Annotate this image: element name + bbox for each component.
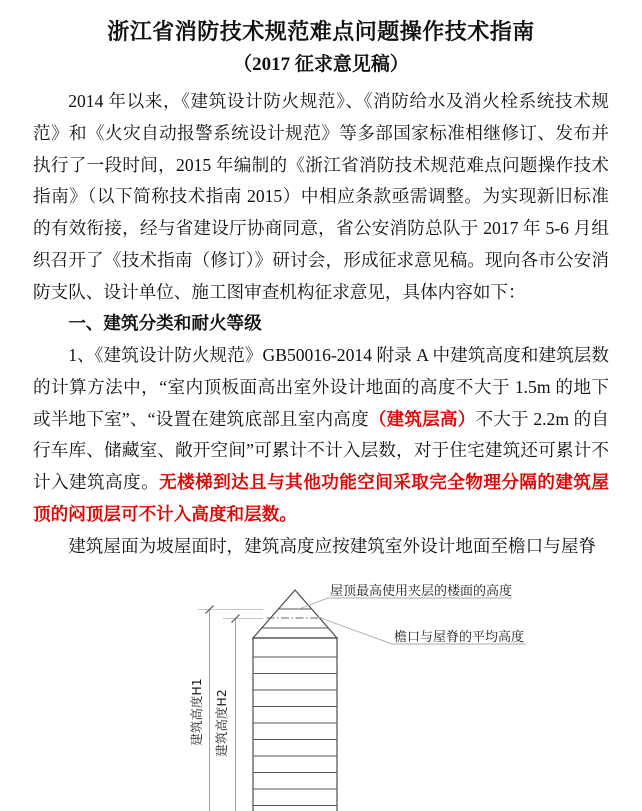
h1-label: 建筑高度H1 [189,678,204,745]
building-height-diagram: 建筑高度H1 建筑高度H2 屋顶最高使用夹层的楼面的高度 檐口与屋脊的平均高度 [0,571,642,811]
building-elevation [253,590,337,811]
h2-label: 建筑高度H2 [214,689,229,756]
roof-triangle [253,590,337,638]
mezzanine-leader-line [299,598,512,609]
callout-eave-ridge-average: 檐口与屋脊的平均高度 [318,617,526,645]
document-subtitle: （2017 征求意见稿） [0,50,642,80]
dimension-h2: 建筑高度H2 [214,615,263,811]
document-body: 2014 年以来，《建筑设计防火规范》、《消防给水及消火栓系统技术规范》和《火灾… [33,86,609,562]
callout-mezzanine-floor: 屋顶最高使用夹层的楼面的高度 [299,583,512,609]
document-title: 浙江省消防技术规范难点问题操作技术指南 [0,0,642,47]
mezzanine-label: 屋顶最高使用夹层的楼面的高度 [330,583,512,599]
section-1-heading: 一、建筑分类和耐火等级 [33,308,609,340]
building-body [253,638,337,811]
intro-paragraph: 2014 年以来，《建筑设计防火规范》、《消防给水及消火栓系统技术规范》和《火灾… [33,86,609,308]
document-page: 浙江省消防技术规范难点问题操作技术指南 （2017 征求意见稿） 2014 年以… [0,0,642,811]
floor-lines [254,657,337,806]
item-1-paragraph: 1、《建筑设计防火规范》GB50016-2014 附录 A 中建筑高度和建筑层数… [33,340,609,531]
slope-roof-paragraph: 建筑屋面为坡屋面时，建筑高度应按建筑室外设计地面至檐口与屋脊 [33,531,609,563]
average-label: 檐口与屋脊的平均高度 [394,629,524,645]
